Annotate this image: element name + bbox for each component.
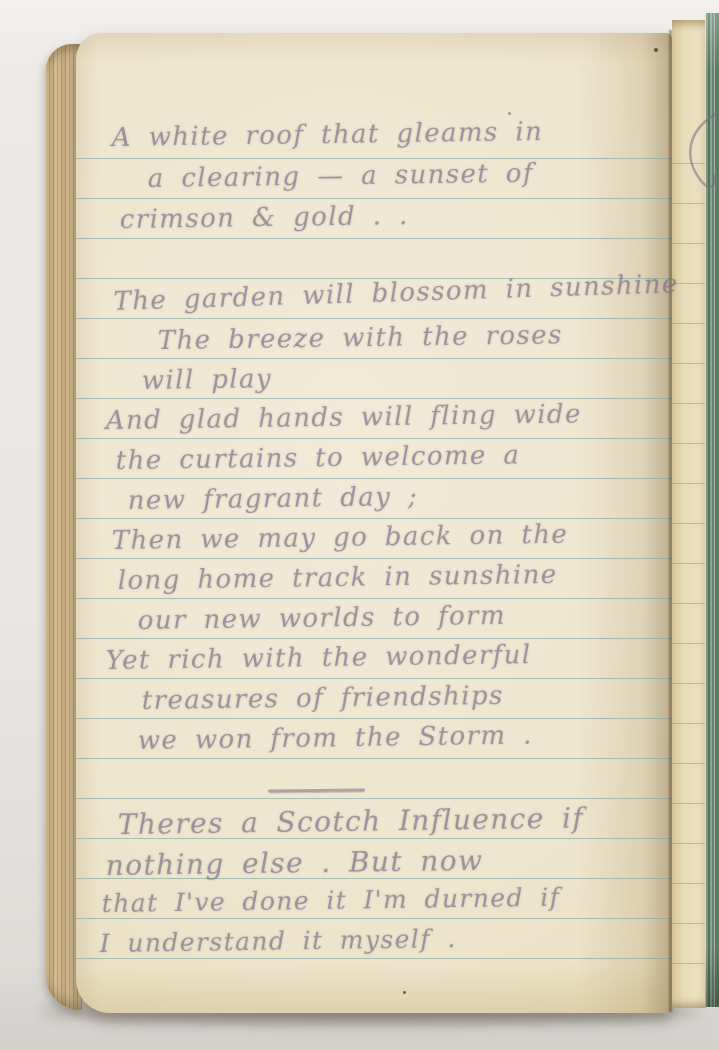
- handwriting-line: Yet rich with the wonderful: [106, 640, 532, 676]
- handwriting-line: A white roof that gleams in: [112, 117, 544, 153]
- handwriting-line: nothing else . But now: [106, 844, 484, 882]
- handwriting-line: the curtains to welcome a: [116, 440, 521, 476]
- handwriting-line: we won from the Storm .: [138, 720, 533, 756]
- paper-speck: [654, 48, 658, 52]
- handwriting-line: our new worlds to form: [138, 601, 507, 636]
- handwriting-line: new fragrant day ;: [128, 482, 419, 516]
- handwriting-line: The breeze with the roses: [158, 320, 563, 356]
- handwriting-line: long home track in sunshine: [118, 560, 558, 596]
- paper-speck: [508, 112, 511, 115]
- handwriting-line: will play: [142, 364, 273, 396]
- handwriting-line: treasures of friendships: [142, 681, 504, 716]
- paper-speck: [403, 991, 406, 994]
- handwriting-line: crimson & gold . .: [120, 201, 409, 235]
- handwriting-line: I understand it myself .: [100, 924, 457, 958]
- handwriting-line: Theres a Scotch Influence if: [118, 801, 585, 841]
- pencil-parenthesis-mark: [676, 110, 719, 198]
- handwriting-line: a clearing — a sunset of: [148, 159, 535, 194]
- handwriting-line: Then we may go back on the: [112, 520, 569, 556]
